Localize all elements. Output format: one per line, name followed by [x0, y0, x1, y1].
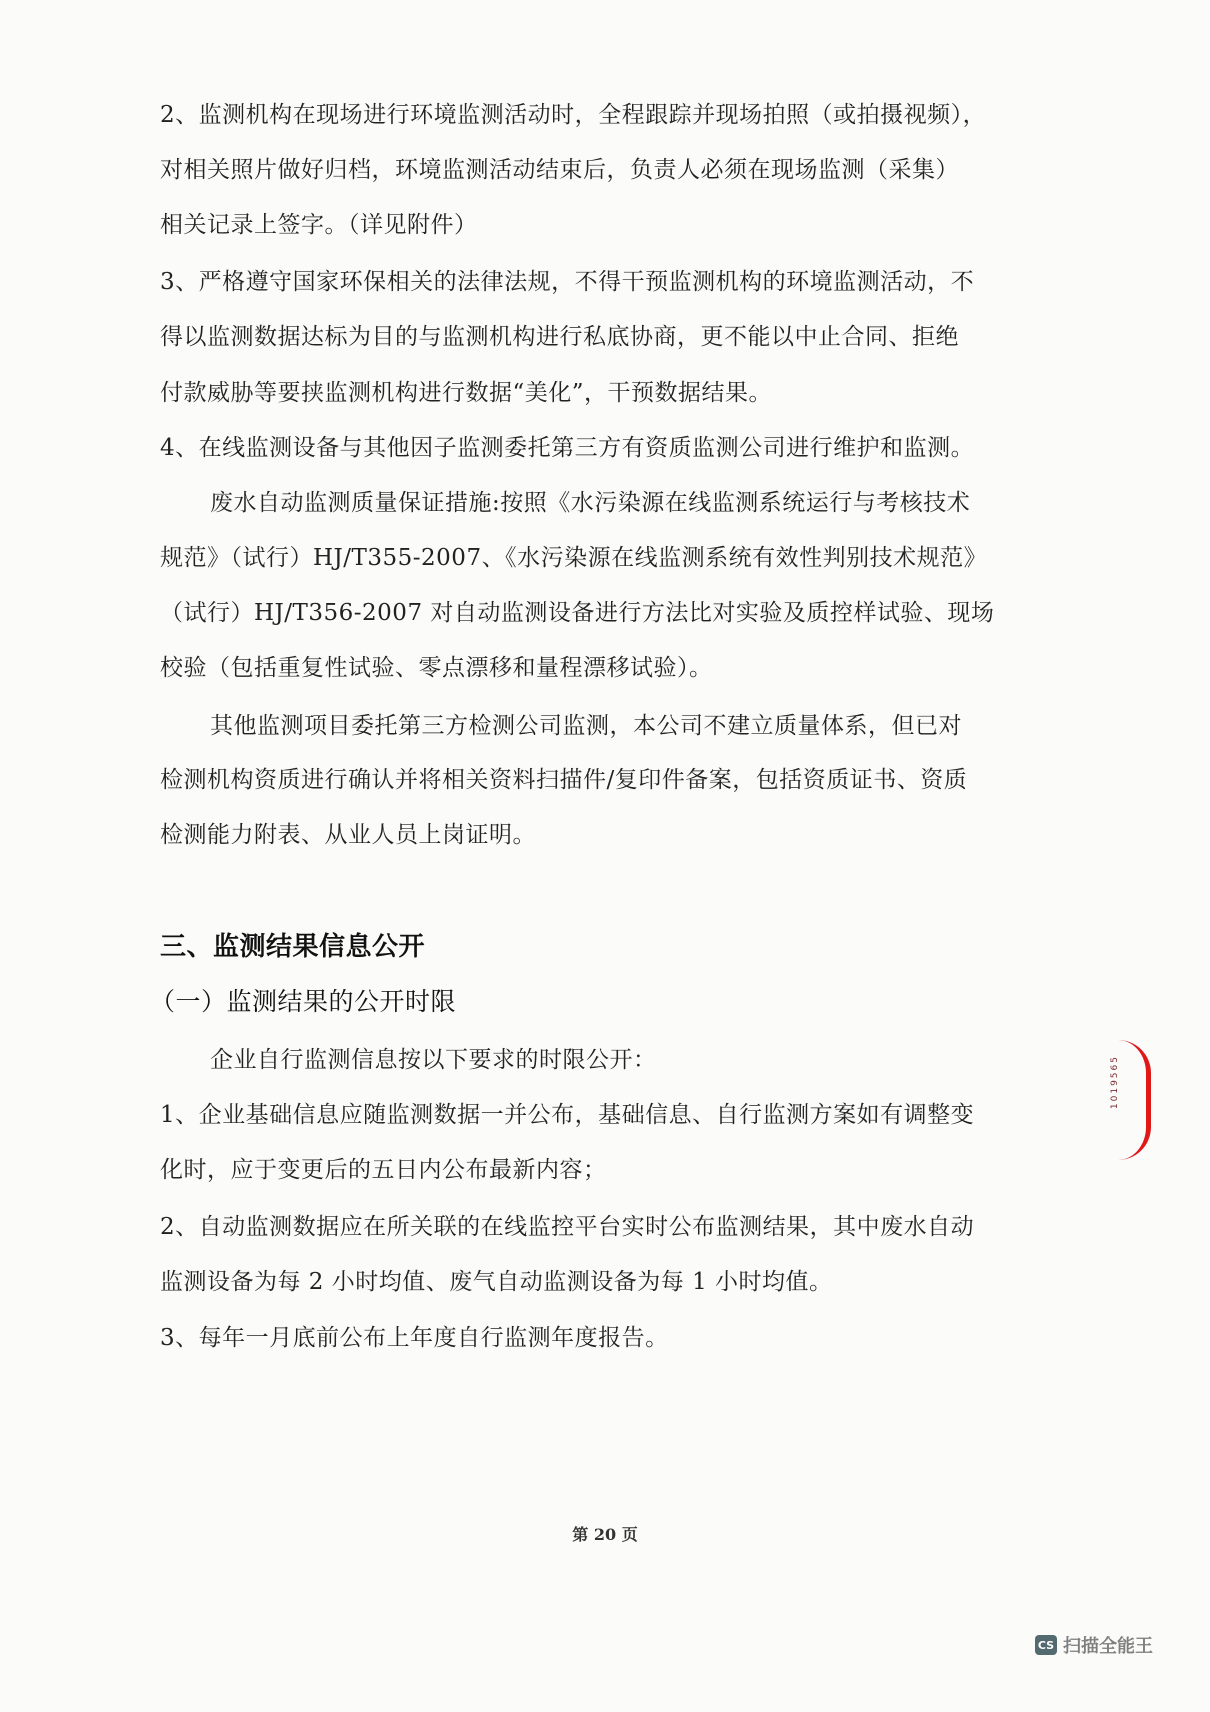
- paragraph-line: 4、在线监测设备与其他因子监测委托第三方有资质监测公司进行维护和监测。: [160, 433, 974, 463]
- paragraph-line: 相关记录上签字。（详见附件）: [160, 210, 478, 240]
- paragraph-line: （试行）HJ/T356-2007 对自动监测设备进行方法比对实验及质控样试验、现…: [160, 598, 994, 628]
- seal-stamp-icon: [1118, 1040, 1151, 1160]
- paragraph-line: 3、严格遵守国家环保相关的法律法规，不得干预监测机构的环境监测活动，不: [160, 267, 974, 297]
- watermark-name: 扫描全能王: [1063, 1632, 1153, 1658]
- paragraph-line: 校验（包括重复性试验、零点漂移和量程漂移试验）。: [160, 653, 713, 683]
- page-number: 第 20 页: [0, 1522, 1210, 1545]
- paragraph-line: 2、监测机构在现场进行环境监测活动时，全程跟踪并现场拍照（或拍摄视频），: [160, 100, 986, 130]
- document-page: 2、监测机构在现场进行环境监测活动时，全程跟踪并现场拍照（或拍摄视频）， 对相关…: [0, 0, 1210, 1712]
- paragraph-line: 3、每年一月底前公布上年度自行监测年度报告。: [160, 1323, 669, 1353]
- paragraph-line: 企业自行监测信息按以下要求的时限公开：: [210, 1045, 657, 1075]
- subsection-heading: （一）监测结果的公开时限: [150, 987, 456, 1017]
- scanner-watermark: CS 扫描全能王: [1035, 1632, 1153, 1658]
- camscanner-logo-icon: CS: [1035, 1635, 1057, 1655]
- paragraph-line: 其他监测项目委托第三方检测公司监测，本公司不建立质量体系，但已对: [210, 711, 962, 741]
- section-heading: 三、监测结果信息公开: [160, 932, 425, 962]
- paragraph-line: 规范》（试行）HJ/T355-2007、《水污染源在线监测系统有效性判别技术规范…: [160, 543, 987, 573]
- paragraph-line: 废水自动监测质量保证措施:按照《水污染源在线监测系统运行与考核技术: [210, 488, 970, 518]
- paragraph-line: 2、自动监测数据应在所关联的在线监控平台实时公布监测结果，其中废水自动: [160, 1212, 974, 1242]
- paragraph-line: 检测能力附表、从业人员上岗证明。: [160, 820, 536, 850]
- seal-number: 1019565: [1110, 1055, 1120, 1109]
- paragraph-line: 1、企业基础信息应随监测数据一并公布，基础信息、自行监测方案如有调整变: [160, 1100, 974, 1130]
- paragraph-line: 得以监测数据达标为目的与监测机构进行私底协商，更不能以中止合同、拒绝: [160, 322, 959, 352]
- paragraph-line: 监测设备为每 2 小时均值、废气自动监测设备为每 1 小时均值。: [160, 1267, 833, 1297]
- paragraph-line: 化时，应于变更后的五日内公布最新内容；: [160, 1155, 607, 1185]
- paragraph-line: 付款威胁等要挟监测机构进行数据“美化”，干预数据结果。: [160, 378, 772, 408]
- paragraph-line: 对相关照片做好归档，环境监测活动结束后，负责人必须在现场监测（采集）: [160, 155, 959, 185]
- paragraph-line: 检测机构资质进行确认并将相关资料扫描件/复印件备案，包括资质证书、资质: [160, 765, 967, 795]
